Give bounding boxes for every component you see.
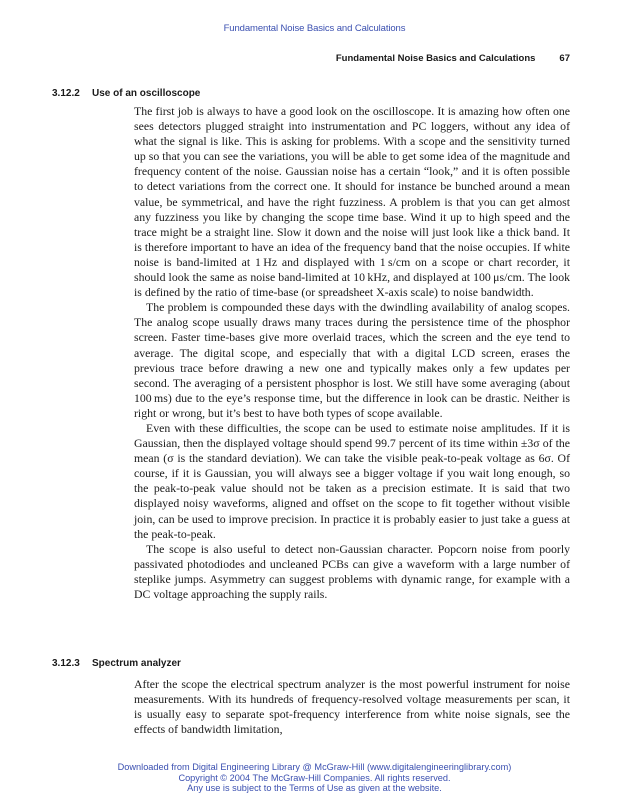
running-head: Fundamental Noise Basics and Calculation… <box>300 53 570 64</box>
section-body-spectrum-analyzer: After the scope the electrical spectrum … <box>134 677 570 737</box>
footer-terms-line: Any use is subject to the Terms of Use a… <box>0 783 629 794</box>
page-number: 67 <box>559 53 570 64</box>
paragraph: The problem is compounded these days wit… <box>134 300 570 421</box>
copyright-footer: Downloaded from Digital Engineering Libr… <box>0 762 629 794</box>
footer-copyright-line: Copyright © 2004 The McGraw-Hill Compani… <box>0 773 629 784</box>
paragraph: The scope is also useful to detect non-G… <box>134 542 570 602</box>
section-title: Use of an oscilloscope <box>92 88 200 99</box>
paragraph: Even with these difficulties, the scope … <box>134 421 570 542</box>
section-title: Spectrum analyzer <box>92 658 181 669</box>
footer-download-line[interactable]: Downloaded from Digital Engineering Libr… <box>0 762 629 773</box>
paragraph: After the scope the electrical spectrum … <box>134 677 570 737</box>
section-body-oscilloscope: The first job is always to have a good l… <box>134 104 570 602</box>
running-head-title: Fundamental Noise Basics and Calculation… <box>336 53 536 64</box>
paragraph: The first job is always to have a good l… <box>134 104 570 300</box>
section-number: 3.12.3 <box>52 658 86 669</box>
document-banner: Fundamental Noise Basics and Calculation… <box>0 23 629 34</box>
section-heading-oscilloscope: 3.12.2Use of an oscilloscope <box>52 88 200 99</box>
section-heading-spectrum-analyzer: 3.12.3Spectrum analyzer <box>52 658 181 669</box>
section-number: 3.12.2 <box>52 88 86 99</box>
